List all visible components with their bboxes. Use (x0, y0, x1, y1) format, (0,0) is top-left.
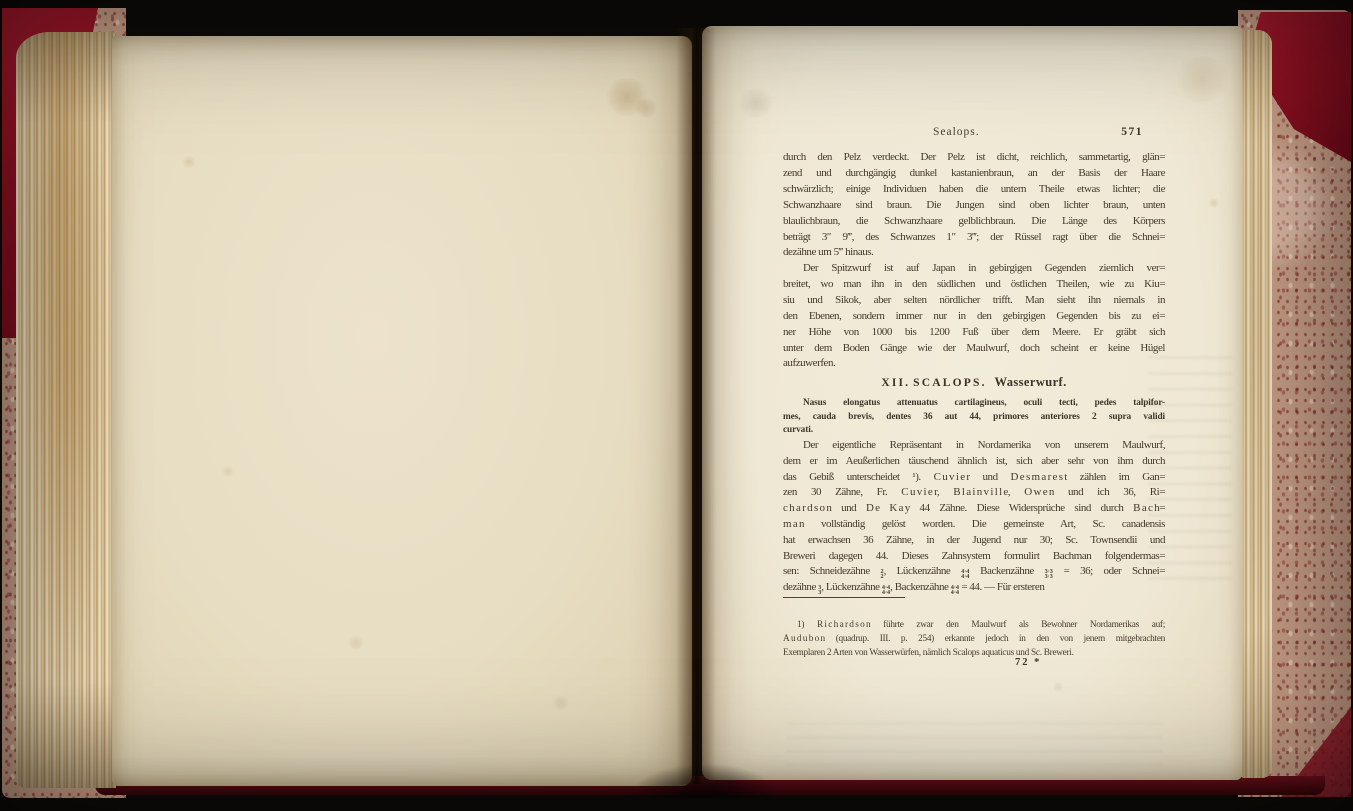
text-line: aufzuwerfen. (783, 356, 1165, 372)
text-line: Der eigentliche Repräsentant in Nordamer… (783, 438, 1165, 454)
formula-text: sen: Schneidezähne (783, 565, 870, 577)
text-line: Schwanzhaare sind braun. Die Jungen sind… (783, 198, 1165, 214)
formula-text: dezähne (783, 581, 816, 593)
latin-diagnosis: Nasus elongatus attenuatus cartilagineus… (783, 397, 1165, 438)
text-line: curvati. (783, 424, 1165, 438)
paragraph-3: Der eigentliche Repräsentant in Nordamer… (783, 438, 1165, 596)
footnote-rule (783, 597, 905, 598)
text-line: zend und durchgängig dunkel kastanienbra… (783, 166, 1165, 182)
right-page: Sealops. 571 durch den Pelz verdeckt. De… (702, 26, 1242, 780)
footnote-line: 1) R i c h a r d s o n führte zwar den M… (783, 618, 1165, 632)
left-page-blank (112, 36, 692, 786)
footnote-line: Exemplaren 2 Arten von Wasserwürfen, näm… (783, 646, 1165, 660)
text-line: breitet, wo man ihn in den südlichen und… (783, 277, 1165, 293)
dental-formula-line: sen: Schneidezähne 22, Lückenzähne 4·44·… (783, 564, 1165, 580)
section-numeral: XII. (881, 377, 910, 389)
text-line: hat erwachsen 36 Zähne, in der Jugend nu… (783, 533, 1165, 549)
formula-text: = 36; oder Schnei= (1064, 565, 1165, 577)
text-line: m a n vollständig gelöst worden. Die gem… (783, 517, 1165, 533)
formula-text: , Backenzähne (890, 581, 948, 593)
stain (182, 156, 196, 168)
stain (1208, 198, 1220, 208)
section-heading: XII. SCALOPS. Wasserwurf. (783, 375, 1165, 390)
stain (552, 696, 570, 710)
stain (348, 636, 364, 650)
bleed-through (786, 722, 1162, 766)
page-edge-stack-left (16, 32, 116, 788)
stain (634, 98, 658, 118)
text-line: dezähne um 5‴ hinaus. (783, 245, 1165, 261)
text-line: Breweri dagegen 44. Dieses Zahnsystem fo… (783, 549, 1165, 565)
text-line: Nasus elongatus attenuatus cartilagineus… (783, 397, 1165, 411)
text-line: siu und Sikok, aber selten nördlicher tr… (783, 293, 1165, 309)
section-genus: SCALOPS. (913, 377, 987, 389)
tooth-fraction: 4·44·4 (961, 569, 969, 579)
paragraph-2: Der Spitzwurf ist auf Japan in gebirgige… (783, 261, 1165, 372)
page-edge-streaks (1240, 30, 1272, 778)
page-header: Sealops. 571 (783, 126, 1165, 142)
tooth-fraction: 3·33·3 (1045, 569, 1053, 579)
page-edge-stack-right (1240, 30, 1272, 778)
stain (604, 78, 650, 116)
footnote: 1) R i c h a r d s o n führte zwar den M… (783, 618, 1165, 661)
text-line: das Gebiß unterscheidet ¹). C u v i e r … (783, 470, 1165, 486)
stain (1052, 682, 1064, 692)
signature-mark: 72 * (1015, 657, 1095, 668)
text-line: unter dem Boden Gänge wie der Maulwurf, … (783, 341, 1165, 357)
page-edge-streaks (16, 32, 116, 788)
footnote-line: A u d u b o n (quadrup. III. p. 254) erk… (783, 632, 1165, 646)
text-line: schwärzlich; einige Individuen haben die… (783, 182, 1165, 198)
text-line: den Ebenen, sondern immer nur in den geb… (783, 309, 1165, 325)
stain (1172, 56, 1232, 102)
tooth-fraction: 4·44·4 (882, 585, 890, 595)
tooth-fraction: 4·44·4 (951, 585, 959, 595)
formula-text: = 44. — Für ersteren (961, 581, 1044, 593)
text-line: dem er im Aeußerlichen täuschend ähnlich… (783, 454, 1165, 470)
formula-text: , Lückenzähne (884, 565, 951, 577)
page-number: 571 (1121, 126, 1143, 138)
text-line: zen 30 Zähne, Fr. C u v i e r, B l a i n… (783, 485, 1165, 501)
running-title: Sealops. (933, 126, 980, 138)
formula-text: , Lückenzähne (821, 581, 879, 593)
stain (222, 466, 234, 477)
text-line: beträgt 3″ 9‴, des Schwanzes 1″ 3‴; der … (783, 230, 1165, 246)
dental-formula-line: dezähne 33, Lückenzähne 4·44·4, Backenzä… (783, 580, 1165, 596)
text-line: mes, cauda brevis, dentes 36 aut 44, pri… (783, 411, 1165, 425)
photo-background: Sealops. 571 durch den Pelz verdeckt. De… (0, 0, 1353, 811)
paragraph-1: durch den Pelz verdeckt. Der Pelz ist di… (783, 150, 1165, 261)
text-line: Der Spitzwurf ist auf Japan in gebirgige… (783, 261, 1165, 277)
stain (736, 88, 776, 118)
text-line: durch den Pelz verdeckt. Der Pelz ist di… (783, 150, 1165, 166)
section-german-name: Wasserwurf. (995, 375, 1067, 389)
text-line: ner Höhe von 1000 bis 1200 Fuß über dem … (783, 325, 1165, 341)
formula-text: Backenzähne (980, 565, 1034, 577)
text-line: blaulichbraun, die Schwanzhaare gelblich… (783, 214, 1165, 230)
text-line: c h a r d s o n und D e K a y 44 Zähne. … (783, 501, 1165, 517)
